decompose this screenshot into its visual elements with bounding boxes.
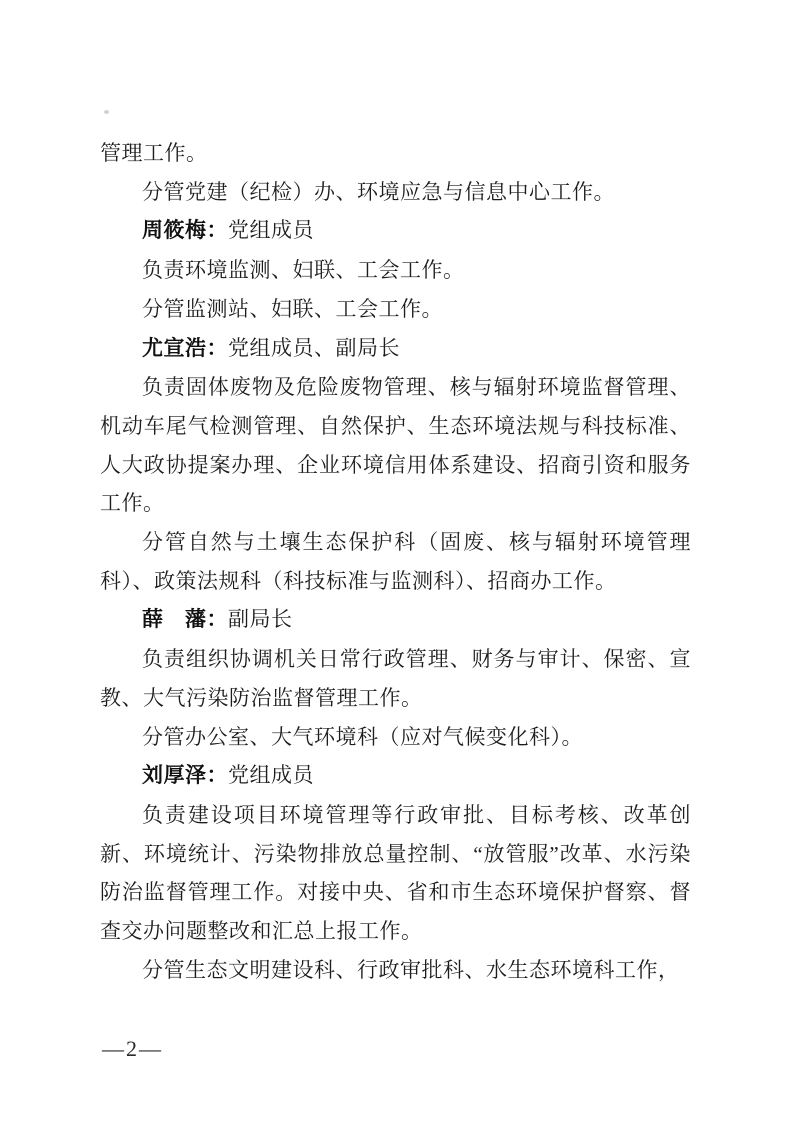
leader-name: 尤宣浩：: [142, 337, 228, 360]
paragraph: 负责建设项目环境管理等行政审批、目标考核、改革创新、环境统计、污染物排放总量控制…: [100, 796, 691, 951]
leader-role: 副局长: [228, 607, 293, 631]
document-page: 管理工作。 分管党建（纪检）办、环境应急与信息中心工作。 周筱梅：党组成员 负责…: [0, 0, 793, 1121]
paragraph: 分管监测站、妇联、工会工作。: [100, 290, 691, 329]
paragraph: 负责组织协调机关日常行政管理、财务与审计、保密、宣教、大气污染防治监督管理工作。: [100, 640, 691, 717]
leader-name: 周筱梅：: [142, 219, 228, 242]
scan-speck: [104, 110, 109, 114]
leader-role: 党组成员、副局长: [228, 336, 400, 360]
leader-role: 党组成员: [228, 218, 314, 242]
leader-heading: 尤宣浩：党组成员、副局长: [100, 329, 691, 369]
paragraph: 分管自然与土壤生态保护科（固废、核与辐射环境管理科）、政策法规科（科技标准与监测…: [100, 523, 691, 600]
paragraph: 分管办公室、大气环境科（应对气候变化科）。: [100, 718, 691, 757]
paragraph-continuation: 管理工作。: [100, 134, 691, 173]
leader-role: 党组成员: [228, 763, 314, 787]
paragraph: 负责环境监测、妇联、工会工作。: [100, 251, 691, 290]
leader-heading: 周筱梅：党组成员: [100, 211, 691, 251]
paragraph: 负责固体废物及危险废物管理、核与辐射环境监督管理、机动车尾气检测管理、自然保护、…: [100, 368, 691, 523]
leader-name: 薛 藩：: [142, 608, 228, 631]
leader-heading: 薛 藩：副局长: [100, 600, 691, 640]
leader-name: 刘厚泽：: [142, 764, 228, 787]
document-body: 管理工作。 分管党建（纪检）办、环境应急与信息中心工作。 周筱梅：党组成员 负责…: [100, 134, 691, 989]
paragraph: 分管生态文明建设科、行政审批科、水生态环境科工作，: [100, 951, 691, 990]
paragraph: 分管党建（纪检）办、环境应急与信息中心工作。: [100, 173, 691, 212]
leader-heading: 刘厚泽：党组成员: [100, 756, 691, 796]
page-number: —2—: [102, 1034, 163, 1064]
